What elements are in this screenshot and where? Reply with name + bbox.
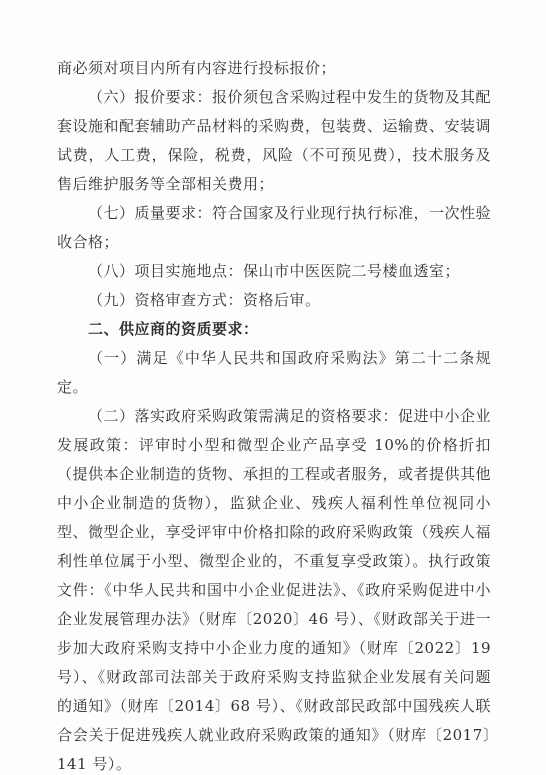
document-body: 商必须对项目内所有内容进行投标报价； （六）报价要求：报价须包含采购过程中发生的… [57,54,491,775]
paragraph-clause-7-quality-requirements: （七）质量要求：符合国家及行业现行执行标准，一次性验收合格； [57,199,491,257]
paragraph-clause-9-qualification-review: （九）资格审查方式：资格后审。 [57,286,491,315]
paragraph-item-2-policy-requirements: （二）落实政府采购政策需满足的资格要求：促进中小企业发展政策：评审时小型和微型企… [57,402,491,775]
paragraph-clause-6-quotation-requirements: （六）报价要求：报价须包含采购过程中发生的货物及其配套设施和配套辅助产品材料的采… [57,83,491,199]
paragraph-clause-8-implementation-site: （八）项目实施地点：保山市中医医院二号楼血透室； [57,257,491,286]
paragraph-item-1-procurement-law: （一）满足《中华人民共和国政府采购法》第二十二条规定。 [57,344,491,402]
paragraph-continuation-line: 商必须对项目内所有内容进行投标报价； [57,54,491,83]
section-2-heading: 二、供应商的资质要求： [57,315,491,344]
document-page: 商必须对项目内所有内容进行投标报价； （六）报价要求：报价须包含采购过程中发生的… [0,0,546,775]
